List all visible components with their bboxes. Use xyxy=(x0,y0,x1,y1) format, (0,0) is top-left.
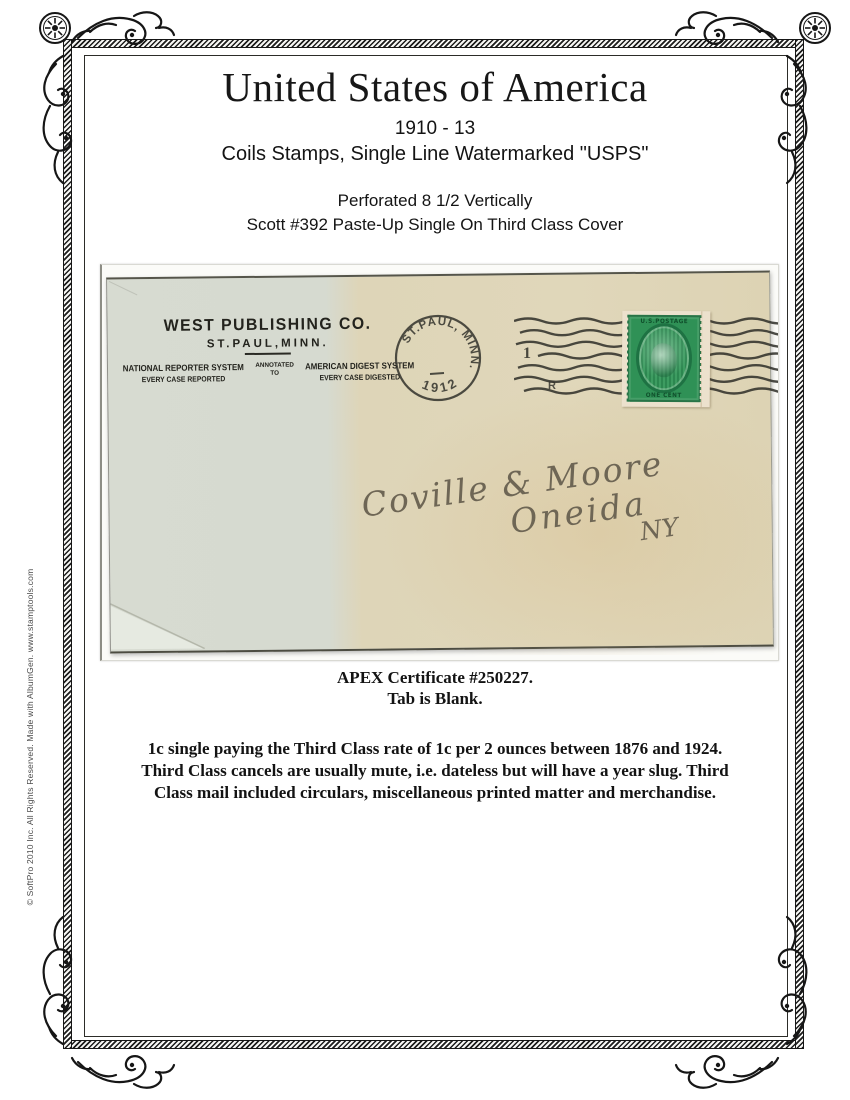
description-line: 1c single paying the Third Class rate of… xyxy=(84,738,786,760)
cancel-station-letter: R xyxy=(548,380,556,392)
postmark-year: 1912 xyxy=(419,374,462,397)
corner-flourish-icon xyxy=(16,908,176,1098)
stamp-design: U.S.POSTAGE ONE CENT xyxy=(627,315,702,403)
cancel-station-number: 1 xyxy=(523,345,531,363)
reporter-system-sub: EVERY CASE REPORTED xyxy=(141,374,225,384)
page-title: United States of America xyxy=(84,66,786,109)
album-page: United States of America 1910 - 13 Coils… xyxy=(0,0,850,1100)
perforation-edge xyxy=(626,315,629,402)
stamp-bottom-label: ONE CENT xyxy=(629,392,699,399)
corner-card-systems: NATIONAL REPORTER SYSTEM EVERY CASE REPO… xyxy=(152,361,384,384)
digest-system-sub: EVERY CASE DIGESTED xyxy=(319,372,400,382)
stamp-oval-portrait xyxy=(636,323,692,393)
reporter-system-label: NATIONAL REPORTER SYSTEM xyxy=(122,362,243,373)
svg-text:ST.PAUL, MINN.: ST.PAUL, MINN. xyxy=(399,313,483,373)
description-line: Third Class cancels are usually mute, i.… xyxy=(84,760,786,782)
corner-flourish-icon xyxy=(674,908,834,1098)
corner-card-city: ST.PAUL,MINN. xyxy=(152,337,384,351)
tab-line: Tab is Blank. xyxy=(84,688,786,709)
perforation-detail: Perforated 8 1/2 Vertically xyxy=(84,191,786,211)
perforation-edge xyxy=(700,315,703,402)
connector-column: ANNOTATED TO xyxy=(255,362,294,377)
series-subtitle: Coils Stamps, Single Line Watermarked "U… xyxy=(84,143,786,166)
page-header: United States of America 1910 - 13 Coils… xyxy=(84,66,786,235)
description-paragraph: 1c single paying the Third Class rate of… xyxy=(84,738,786,804)
svg-text:1912: 1912 xyxy=(419,374,462,397)
postmark-city: ST.PAUL, MINN. xyxy=(399,313,483,373)
franklin-portrait xyxy=(651,343,677,377)
corner-card-company: WEST PUBLISHING CO. xyxy=(156,315,379,336)
corner-card: WEST PUBLISHING CO. ST.PAUL,MINN. NATION… xyxy=(151,315,384,384)
corner-card-rule xyxy=(245,353,291,355)
certificate-line: APEX Certificate #250227. xyxy=(84,667,786,688)
stamp: U.S.POSTAGE ONE CENT xyxy=(622,311,711,408)
connector-bottom: TO xyxy=(270,370,279,377)
period-subtitle: 1910 - 13 xyxy=(84,118,786,140)
connector-top: ANNOTATED xyxy=(255,362,294,369)
copyright-sidebar: © SoftPro 2010 Inc. All Rights Reserved.… xyxy=(25,527,35,947)
catalog-detail: Scott #392 Paste-Up Single On Third Clas… xyxy=(84,215,786,235)
certificate-caption: APEX Certificate #250227. Tab is Blank. xyxy=(84,667,786,709)
reporter-system-column: NATIONAL REPORTER SYSTEM EVERY CASE REPO… xyxy=(116,362,251,384)
postmark-icon: ST.PAUL, MINN. 1912 xyxy=(393,313,483,403)
cover-scan: WEST PUBLISHING CO. ST.PAUL,MINN. NATION… xyxy=(100,264,779,661)
description-line: Class mail included circulars, miscellan… xyxy=(84,782,786,804)
